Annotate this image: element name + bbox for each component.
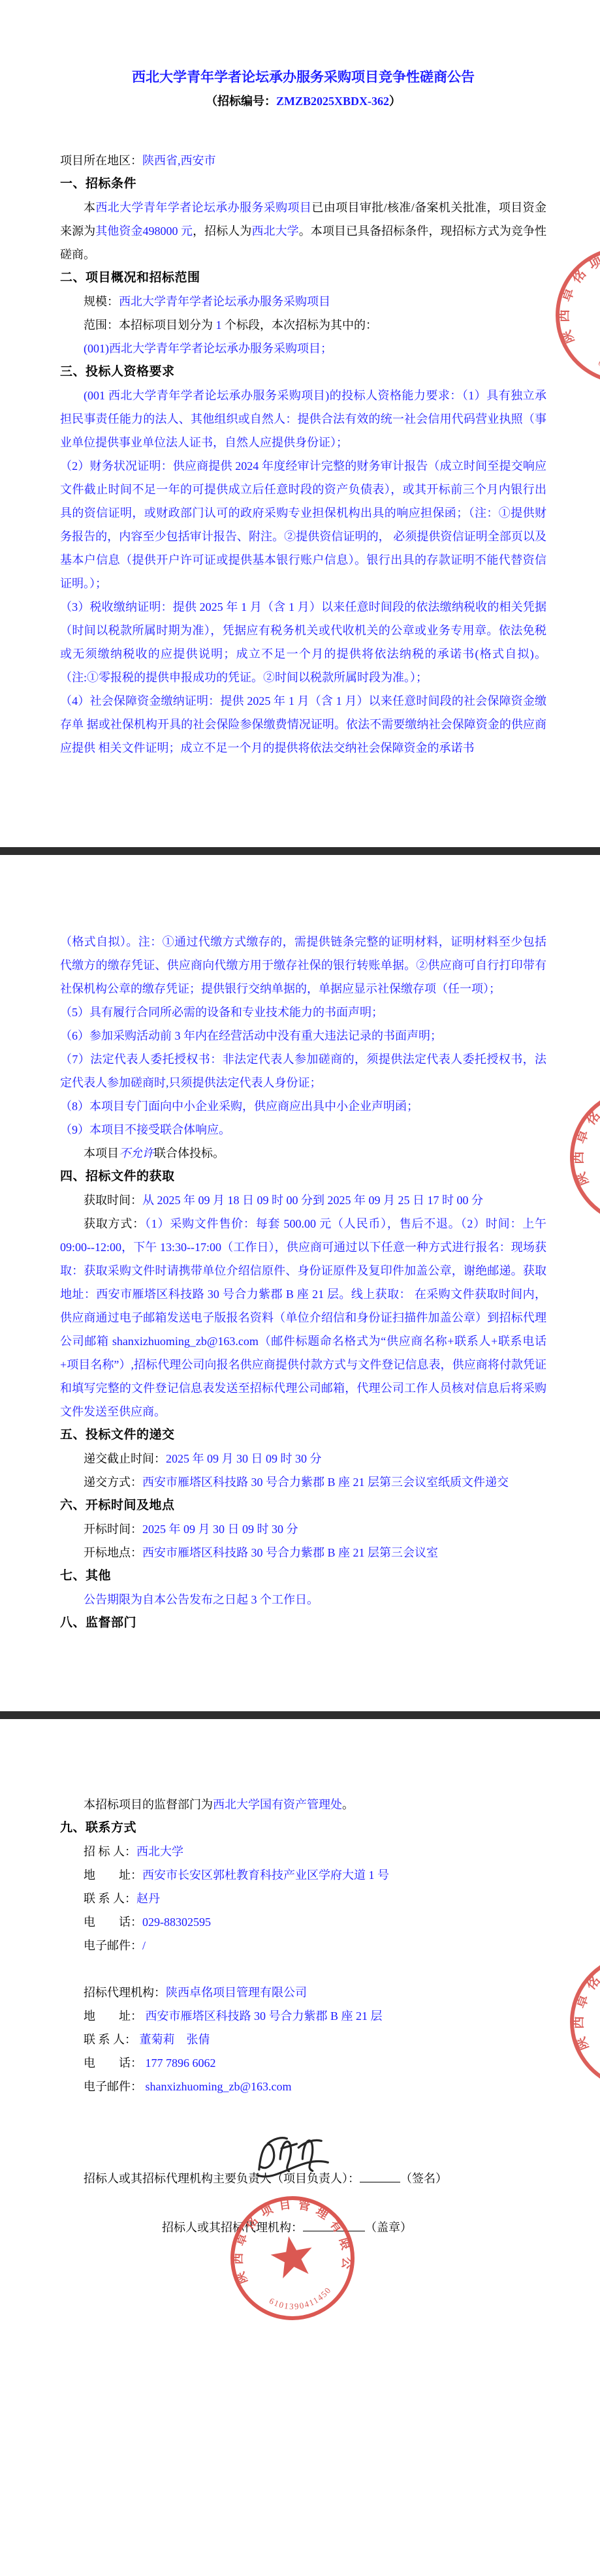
text-segment: 四、招标文件的获取 <box>60 1170 175 1183</box>
text-segment: 电 话： <box>84 2056 146 2070</box>
text-segment: 八、监督部门 <box>60 1616 136 1630</box>
section-heading: 二、项目概况和招标范围 <box>60 266 546 290</box>
text-line: （4）社会保障资金缴纳证明：提供 2025 年 1 月（含 1 月）以来任意时间… <box>60 689 546 760</box>
text-line: 联 系 人：赵丹 <box>60 1887 546 1910</box>
text-segment: 本招标项目的监督部门为 <box>84 1798 213 1811</box>
text-line: 公告期限为自本公告发布之日起 3 个工作日。 <box>60 1588 546 1611</box>
text-segment: （1）采购文件售价：每套 500.00 元（人民币），售后不退。（2）时间：上午… <box>60 1217 546 1418</box>
text-segment: 陕西省,西安市 <box>142 154 216 167</box>
tender-number-prefix: （招标编号： <box>206 95 276 108</box>
text-segment: 2025 年 09 月 30 日 09 时 30 分 <box>142 1523 298 1536</box>
text-segment: 029-88302595 <box>142 1916 211 1929</box>
text-segment: （格式自拟）。注：①通过代缴方式缴存的，需提供链条完整的证明材料，证明材料至少包… <box>60 935 546 995</box>
text-segment: ，招标人为 <box>193 225 251 238</box>
text-segment: 招标代理机构： <box>84 1986 166 1999</box>
signature-blank-underline <box>360 2173 400 2182</box>
text-segment: 西安市长安区郭杜教育科技产业区学府大道 1 号 <box>142 1869 389 1882</box>
text-segment: 1 <box>216 318 222 332</box>
text-segment: （6）参加采购活动前 3 年内在经营活动中没有重大违法记录的书面声明； <box>60 1029 442 1042</box>
text-line: 电子邮件： shanxizhuoming_zb@163.com <box>60 2075 546 2098</box>
text-segment: （2）财务状况证明：供应商提供 2024 年度经审计完整的财务审计报告（成立时间… <box>60 459 546 590</box>
text-line: 地 址： 西安市雁塔区科技路 30 号合力紫郡 B 座 21 层 <box>60 2004 546 2028</box>
text-segment: 联 系 人： <box>84 2033 140 2046</box>
text-line: 联 系 人： 董菊莉 张倩 <box>60 2028 546 2051</box>
text-line: 获取时间：从 2025 年 09 月 18 日 09 时 00 分到 2025 … <box>60 1188 546 1212</box>
svg-text:6101390411450: 6101390411450 <box>266 2285 335 2316</box>
text-line: 本项目不允许联合体投标。 <box>60 1141 546 1165</box>
page-1-text: 项目所在地区：陕西省,西安市一、招标条件本西北大学青年学者论坛承办服务采购项目已… <box>60 149 546 760</box>
text-segment: 项目所在地区： <box>60 154 142 167</box>
text-line: 本招标项目的监督部门为西北大学国有资产管理处。 <box>60 1793 546 1816</box>
text-segment: 西北大学国有资产管理处 <box>213 1798 342 1811</box>
document-title: 西北大学青年学者论坛承办服务采购项目竞争性磋商公告 <box>60 68 546 86</box>
page-3-content: 本招标项目的监督部门为西北大学国有资产管理处。九、联系方式招 标 人：西北大学地… <box>0 1719 600 2239</box>
text-segment: 个标段，本次招标为其中的： <box>222 318 378 332</box>
principal-label: 招标人或其招标代理机构主要负责人（项目负责人）： <box>84 2172 360 2185</box>
seal-blank-underline <box>303 2222 365 2231</box>
org-label: 招标人或其招标代理机构： <box>162 2221 303 2234</box>
text-segment: 获取方式： <box>84 1217 145 1230</box>
text-line: 获取方式：（1）采购文件售价：每套 500.00 元（人民币），售后不退。（2）… <box>60 1212 546 1423</box>
text-line: 递交方式：西安市雁塔区科技路 30 号合力紫郡 B 座 21 层第三会议室纸质文… <box>60 1470 546 1494</box>
text-segment: 开标时间： <box>84 1523 142 1536</box>
text-segment: 西北大学青年学者论坛承办服务采购项目 <box>95 201 311 214</box>
page-3-text: 本招标项目的监督部门为西北大学国有资产管理处。九、联系方式招 标 人：西北大学地… <box>60 1793 546 2098</box>
text-line: （6）参加采购活动前 3 年内在经营活动中没有重大违法记录的书面声明； <box>60 1024 546 1047</box>
section-heading: 三、投标人资格要求 <box>60 360 546 384</box>
procurement-announcement-document: 西北大学青年学者论坛承办服务采购项目竞争性磋商公告 （招标编号：ZMZB2025… <box>0 0 600 2576</box>
text-segment: （8）本项目专门面向中小企业采购，供应商应出具中小企业声明函； <box>60 1100 418 1113</box>
text-segment: 西安市雁塔区科技路 30 号合力紫郡 B 座 21 层 <box>146 2010 383 2023</box>
page-separator <box>0 1711 600 1719</box>
text-line: （3）税收缴纳证明：提供 2025 年 1 月（含 1 月）以来任意时间段的依法… <box>60 595 546 689</box>
section-heading: 一、招标条件 <box>60 172 546 196</box>
text-line: 规模：西北大学青年学者论坛承办服务采购项目 <box>60 290 546 313</box>
text-segment: 董菊莉 张倩 <box>140 2033 210 2046</box>
page-separator <box>0 847 600 855</box>
text-segment: 三、投标人资格要求 <box>60 365 175 379</box>
text-segment: 招 标 人： <box>84 1845 136 1858</box>
page-1-content: 西北大学青年学者论坛承办服务采购项目竞争性磋商公告 （招标编号：ZMZB2025… <box>0 0 600 760</box>
text-segment: 2025 年 09 月 30 日 09 时 30 分 <box>166 1452 322 1465</box>
text-segment: 规模： <box>84 295 119 308</box>
text-segment: 西安市雁塔区科技路 30 号合力紫郡 B 座 21 层第三会议室 <box>142 1546 438 1559</box>
text-segment: 递交方式： <box>84 1476 142 1489</box>
spacer <box>60 2098 546 2167</box>
text-segment: 。 <box>342 1798 354 1811</box>
text-segment: 获取时间： <box>84 1194 142 1207</box>
text-segment: 五、投标文件的递交 <box>60 1428 175 1442</box>
text-segment: shanxizhuoming_zb@163.com <box>146 2080 292 2093</box>
text-line: (001 西北大学青年学者论坛承办服务采购项目)的投标人资格能力要求：（1）具有… <box>60 384 546 454</box>
spacer <box>60 1957 546 1981</box>
text-line: 电 话： 177 7896 6062 <box>60 2051 546 2075</box>
document-page-2: （格式自拟）。注：①通过代缴方式缴存的，需提供链条完整的证明材料，证明材料至少包… <box>0 855 600 1711</box>
text-segment: 其他资金498000 元 <box>95 225 193 238</box>
text-line: （格式自拟）。注：①通过代缴方式缴存的，需提供链条完整的证明材料，证明材料至少包… <box>60 930 546 1001</box>
text-segment: （4）社会保障资金缴纳证明：提供 2025 年 1 月（含 1 月）以来任意时间… <box>60 694 546 754</box>
text-line: 招标代理机构：陕西卓佲项目管理有限公司 <box>60 1981 546 2004</box>
seal-suffix: （盖章） <box>365 2221 412 2234</box>
section-heading: 五、投标文件的递交 <box>60 1423 546 1447</box>
tender-number-suffix: ） <box>389 95 401 108</box>
text-segment: (001 西北大学青年学者论坛承办服务采购项目)的投标人资格能力要求：（1）具有… <box>60 389 546 449</box>
text-segment: 从 2025 年 09 月 18 日 09 时 00 分到 2025 年 09 … <box>142 1194 483 1207</box>
text-line: （8）本项目专门面向中小企业采购，供应商应出具中小企业声明函； <box>60 1094 546 1118</box>
text-line: （9）本项目不接受联合体响应。 <box>60 1118 546 1141</box>
text-segment: （9）本项目不接受联合体响应。 <box>60 1123 230 1136</box>
text-line: （7）法定代表人委托授权书：非法定代表人参加磋商的，须提供法定代表人委托授权书，… <box>60 1047 546 1094</box>
text-line: 开标时间：2025 年 09 月 30 日 09 时 30 分 <box>60 1517 546 1541</box>
text-segment: 七、其他 <box>60 1569 111 1583</box>
text-line: 电 话：029-88302595 <box>60 1910 546 1934</box>
tender-number-line: （招标编号：ZMZB2025XBDX-362） <box>60 90 546 112</box>
principal-signature-line: 招标人或其招标代理机构主要负责人（项目负责人）：（签名） <box>60 2167 546 2190</box>
text-line: 开标地点：西安市雁塔区科技路 30 号合力紫郡 B 座 21 层第三会议室 <box>60 1541 546 1564</box>
section-heading: 四、招标文件的获取 <box>60 1165 546 1188</box>
text-segment: 九、联系方式 <box>60 1821 136 1835</box>
page-2-text: （格式自拟）。注：①通过代缴方式缴存的，需提供链条完整的证明材料，证明材料至少包… <box>60 930 546 1635</box>
text-line: 项目所在地区：陕西省,西安市 <box>60 149 546 172</box>
text-line: 递交截止时间：2025 年 09 月 30 日 09 时 30 分 <box>60 1447 546 1470</box>
text-segment: （3）税收缴纳证明：提供 2025 年 1 月（含 1 月）以来任意时间段的依法… <box>60 600 546 684</box>
text-line: 地 址：西安市长安区郭杜教育科技产业区学府大道 1 号 <box>60 1863 546 1887</box>
text-segment: (001)西北大学青年学者论坛承办服务采购项目； <box>84 342 332 355</box>
text-line: （2）财务状况证明：供应商提供 2024 年度经审计完整的财务审计报告（成立时间… <box>60 454 546 595</box>
text-segment: 177 7896 6062 <box>146 2056 216 2070</box>
section-heading: 七、其他 <box>60 1564 546 1588</box>
text-segment: 赵丹 <box>136 1892 160 1905</box>
tender-number: ZMZB2025XBDX-362 <box>276 95 389 108</box>
text-segment: 一、招标条件 <box>60 177 136 191</box>
text-line: 本西北大学青年学者论坛承办服务采购项目已由项目审批/核准/备案机关批准，项目资金… <box>60 196 546 266</box>
text-segment: （7）法定代表人委托授权书：非法定代表人参加磋商的，须提供法定代表人委托授权书，… <box>60 1053 546 1089</box>
text-segment: 递交截止时间： <box>84 1452 166 1465</box>
text-segment: 电子邮件： <box>84 2080 146 2093</box>
text-line: 范围：本招标项目划分为 1 个标段，本次招标为其中的： <box>60 313 546 337</box>
text-segment: 不允许 <box>119 1147 154 1160</box>
text-segment: 二、项目概况和招标范围 <box>60 271 200 285</box>
sign-suffix: （签名） <box>400 2172 447 2185</box>
text-segment: 联 系 人： <box>84 1892 136 1905</box>
document-page-3: 本招标项目的监督部门为西北大学国有资产管理处。九、联系方式招 标 人：西北大学地… <box>0 1719 600 2576</box>
text-segment: 开标地点： <box>84 1546 142 1559</box>
text-segment: 本 <box>84 201 95 214</box>
text-segment: 六、开标时间及地点 <box>60 1498 175 1512</box>
seal-number: 6101390411450 <box>266 2285 335 2316</box>
page-2-content: （格式自拟）。注：①通过代缴方式缴存的，需提供链条完整的证明材料，证明材料至少包… <box>0 855 600 1635</box>
org-seal-line: 招标人或其招标代理机构：（盖章） <box>60 2216 546 2239</box>
text-segment: （5）具有履行合同所必需的设备和专业技术能力的书面声明； <box>60 1006 383 1019</box>
text-segment: 地 址： <box>84 1869 142 1882</box>
spacer <box>60 2190 546 2216</box>
section-heading: 九、联系方式 <box>60 1816 546 1840</box>
text-segment: 西北大学 <box>251 225 298 238</box>
text-line: 电子邮件：/ <box>60 1934 546 1957</box>
text-segment: 电 话： <box>84 1916 142 1929</box>
section-heading: 六、开标时间及地点 <box>60 1494 546 1517</box>
text-segment: / <box>142 1939 146 1952</box>
text-segment: 本项目 <box>84 1147 119 1160</box>
text-segment: 范围：本招标项目划分为 <box>84 318 216 332</box>
text-segment: 西安市雁塔区科技路 30 号合力紫郡 B 座 21 层第三会议室纸质文件递交 <box>142 1476 509 1489</box>
section-heading: 八、监督部门 <box>60 1611 546 1635</box>
text-segment: 陕西卓佲项目管理有限公司 <box>166 1986 307 1999</box>
text-segment: 公告期限为自本公告发布之日起 3 个工作日。 <box>84 1593 319 1606</box>
text-segment: 电子邮件： <box>84 1939 142 1952</box>
document-page-1: 西北大学青年学者论坛承办服务采购项目竞争性磋商公告 （招标编号：ZMZB2025… <box>0 0 600 847</box>
text-segment: 西北大学 <box>136 1845 183 1858</box>
text-line: (001)西北大学青年学者论坛承办服务采购项目； <box>60 337 546 360</box>
text-segment: 联合体投标。 <box>154 1147 225 1160</box>
text-line: （5）具有履行合同所必需的设备和专业技术能力的书面声明； <box>60 1001 546 1024</box>
text-segment: 地 址： <box>84 2010 146 2023</box>
text-segment: 西北大学青年学者论坛承办服务采购项目 <box>119 295 330 308</box>
text-line: 招 标 人：西北大学 <box>60 1840 546 1863</box>
